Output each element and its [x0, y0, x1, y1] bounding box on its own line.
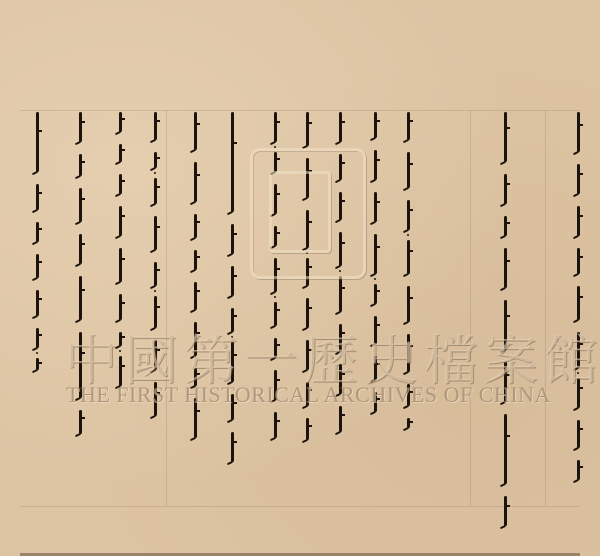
manchu-word — [407, 418, 410, 428]
manchu-word — [79, 188, 82, 222]
punctuation-dot — [36, 352, 38, 354]
manchu-word — [274, 412, 277, 438]
manchu-word — [231, 266, 234, 296]
manchu-word — [36, 222, 39, 242]
manchu-word — [231, 432, 234, 462]
manchu-word — [119, 206, 122, 236]
manchu-word — [154, 262, 157, 286]
ruling-line-vertical — [166, 110, 167, 506]
manchu-word — [154, 112, 157, 140]
watermark-seal-icon — [250, 148, 366, 279]
manchu-word — [194, 250, 197, 270]
manchu-word — [36, 328, 39, 348]
manchu-word — [504, 248, 507, 288]
text-column — [224, 112, 240, 474]
manchu-word — [231, 224, 234, 254]
manchu-word — [154, 216, 157, 250]
manchu-word — [339, 276, 342, 312]
manchu-word — [407, 240, 410, 274]
manchu-word — [504, 174, 507, 204]
manchu-word — [407, 112, 410, 140]
manchu-word — [79, 276, 82, 320]
manchu-word — [577, 460, 580, 480]
manchu-word — [339, 112, 342, 142]
manchu-word — [407, 152, 410, 188]
manuscript-page: 中國第一歷史檔案館 THE FIRST HISTORICAL ARCHIVES … — [0, 0, 600, 556]
manchu-word — [374, 112, 377, 138]
punctuation-dot — [374, 278, 376, 280]
punctuation-dot — [274, 296, 276, 298]
manchu-word — [36, 254, 39, 278]
manchu-word — [79, 410, 82, 434]
manchu-word — [194, 162, 197, 202]
manchu-word — [577, 206, 580, 236]
manchu-word — [577, 286, 580, 320]
manchu-word — [79, 154, 82, 176]
manchu-word — [577, 248, 580, 274]
punctuation-dot — [407, 234, 409, 236]
manchu-word — [36, 184, 39, 210]
manchu-word — [374, 192, 377, 222]
manchu-word — [79, 112, 82, 142]
manchu-word — [504, 216, 507, 236]
manchu-word — [36, 112, 39, 172]
punctuation-dot — [154, 172, 156, 174]
ruling-line-bottom — [20, 506, 580, 507]
manchu-word — [504, 112, 507, 162]
ruling-line-top — [20, 110, 580, 111]
manchu-word — [154, 152, 157, 168]
manchu-word — [339, 406, 342, 432]
manchu-word — [274, 112, 277, 142]
manchu-word — [374, 150, 377, 180]
manchu-word — [374, 234, 377, 274]
manchu-word — [504, 414, 507, 484]
manchu-word — [36, 358, 39, 370]
manchu-word — [194, 282, 197, 310]
manchu-word — [36, 290, 39, 316]
ruling-line-vertical — [470, 110, 471, 506]
watermark-seal-inner — [269, 171, 331, 253]
manchu-word — [374, 284, 377, 304]
manchu-word — [194, 214, 197, 238]
manchu-word — [577, 420, 580, 448]
manchu-word — [119, 294, 122, 320]
manchu-word — [231, 112, 234, 212]
manchu-word — [504, 496, 507, 526]
manchu-word — [119, 248, 122, 282]
manchu-word — [194, 112, 197, 150]
manchu-word — [306, 418, 309, 440]
manchu-word — [577, 164, 580, 194]
manchu-word — [407, 286, 410, 322]
manchu-word — [154, 178, 157, 204]
punctuation-dot — [154, 290, 156, 292]
manchu-word — [577, 112, 580, 152]
manchu-word — [306, 112, 309, 146]
manchu-word — [407, 200, 410, 230]
manchu-word — [79, 234, 82, 264]
text-column — [29, 112, 45, 382]
watermark-english: THE FIRST HISTORICAL ARCHIVES OF CHINA — [66, 382, 551, 408]
text-column — [570, 112, 586, 492]
ruling-line-vertical — [545, 110, 546, 506]
manchu-word — [119, 174, 122, 194]
manchu-word — [119, 112, 122, 132]
manchu-word — [119, 144, 122, 162]
